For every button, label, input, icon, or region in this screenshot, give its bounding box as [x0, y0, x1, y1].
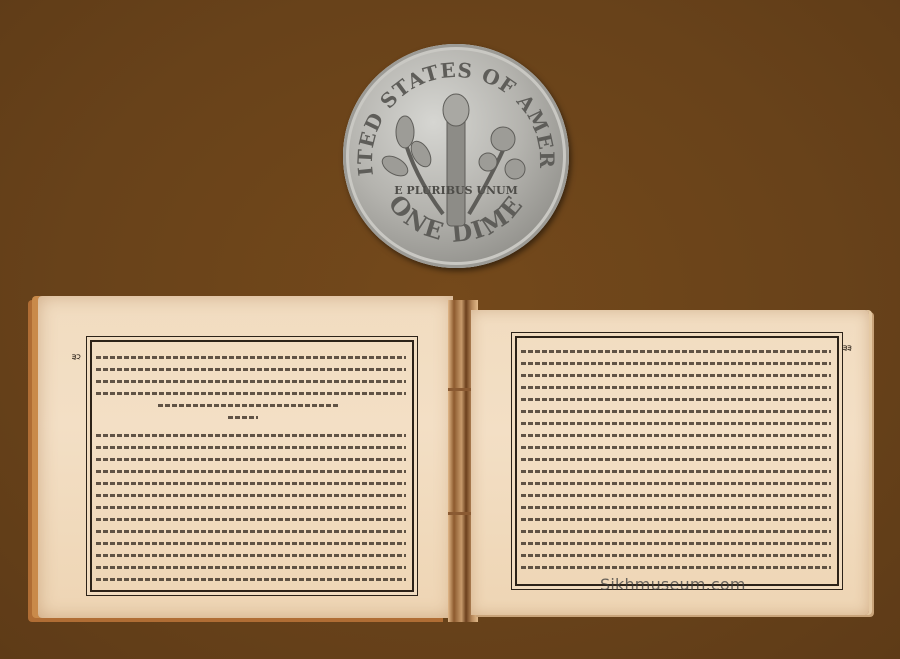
- text-line: [521, 362, 831, 365]
- dime-coin: UNITED STATES OF AMERICA ONE DIME E PLUR…: [343, 44, 569, 268]
- left-page: ੩੨: [38, 296, 453, 618]
- text-line: [521, 410, 831, 413]
- text-line: [96, 434, 406, 437]
- text-line: [96, 392, 406, 395]
- text-line: [96, 542, 406, 545]
- text-line: [96, 566, 406, 569]
- text-line: [96, 530, 406, 533]
- text-line: [521, 446, 831, 449]
- text-line: [96, 368, 406, 371]
- text-line: [521, 494, 831, 497]
- right-page-number: ੩੩: [843, 344, 852, 353]
- text-line: [96, 506, 406, 509]
- svg-text:E PLURIBUS UNUM: E PLURIBUS UNUM: [394, 184, 518, 197]
- text-line: [521, 374, 831, 377]
- text-line: [521, 434, 831, 437]
- text-line: [96, 494, 406, 497]
- text-line: [521, 566, 831, 569]
- text-line: [96, 446, 406, 449]
- watermark-text: Sikhmuseum.com: [600, 575, 746, 594]
- text-line: [96, 554, 406, 557]
- text-line: [521, 542, 831, 545]
- text-line: [96, 380, 406, 383]
- text-line: [521, 470, 831, 473]
- text-line: [521, 482, 831, 485]
- text-line: [96, 482, 406, 485]
- text-line: [521, 422, 831, 425]
- left-page-number: ੩੨: [72, 353, 81, 362]
- coin-relief-icon: UNITED STATES OF AMERICA ONE DIME E PLUR…: [343, 44, 569, 268]
- text-line: [96, 578, 406, 581]
- text-line: [96, 458, 406, 461]
- text-line: [521, 554, 831, 557]
- text-line: [521, 458, 831, 461]
- text-line: [96, 470, 406, 473]
- text-line: [521, 386, 831, 389]
- text-line: [96, 518, 406, 521]
- text-line: [96, 356, 406, 359]
- text-line: [521, 398, 831, 401]
- text-line: [521, 350, 831, 353]
- section-heading: [228, 416, 258, 419]
- right-page: ੩੩: [471, 310, 869, 615]
- text-line: [158, 404, 338, 407]
- text-line: [521, 530, 831, 533]
- text-line: [521, 506, 831, 509]
- text-line: [521, 518, 831, 521]
